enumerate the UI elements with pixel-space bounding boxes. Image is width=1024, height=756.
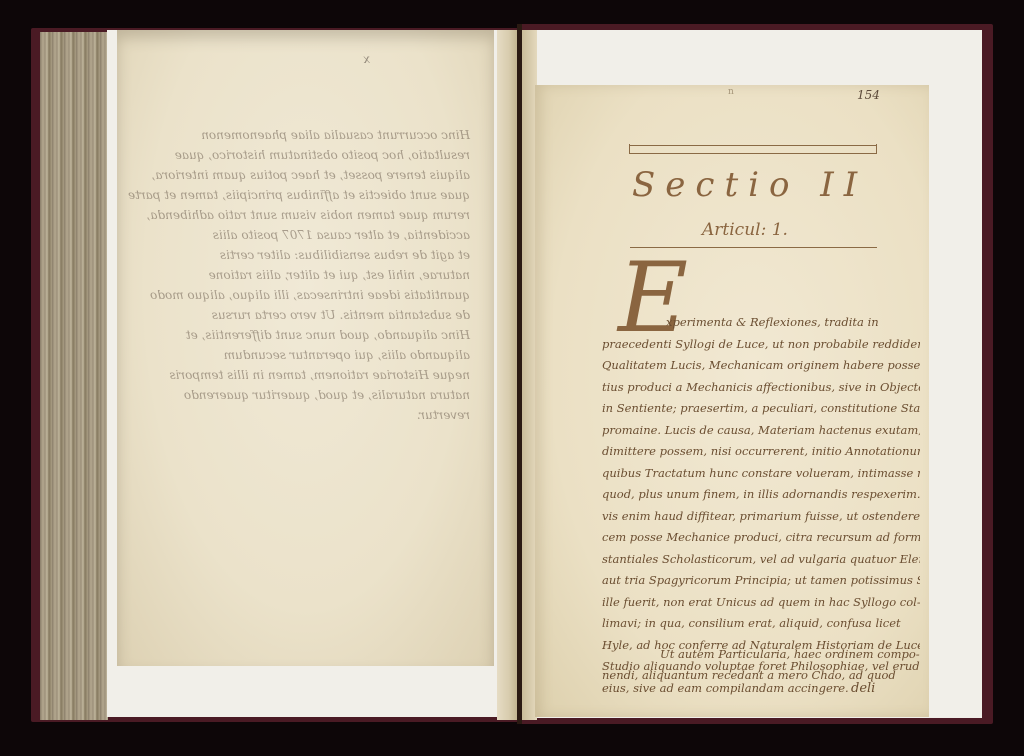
paragraph-2: Ut autem Particularia, haec ordinem comp… <box>602 644 920 686</box>
bleed-through-text: Hinc occurrunt casualia aliae phaenomeno… <box>150 125 470 425</box>
page-stack-edges <box>40 32 108 720</box>
paragraph-1: xperimenta & Reflexiones, tradita in pra… <box>602 312 920 699</box>
bleed-line: Hinc aliquando, quod nunc sunt different… <box>150 325 470 345</box>
text-line: dimittere possem, nisi occurrerent, init… <box>602 441 920 463</box>
text-line: Qualitatem Lucis, Mechanicam originem ha… <box>602 355 920 377</box>
bleed-line: quantitatis ideae intrinsecas, illi aliq… <box>150 285 470 305</box>
text-line: Ut autem Particularia, haec ordinem comp… <box>602 644 920 665</box>
verso-top-mark: x <box>320 52 370 72</box>
bleed-line: aliquis tenere posset, et haec potius qu… <box>150 165 470 185</box>
article-heading: Articul: 1. <box>702 220 788 240</box>
section-heading: Sectio II <box>632 165 867 205</box>
ornamental-rule-top <box>630 145 877 154</box>
bleed-line: neque Historiae rationem, tamen in illis… <box>150 365 470 385</box>
text-line: quibus Tractatum hunc constare volueram,… <box>602 463 920 485</box>
folio-number: 154 <box>857 88 880 102</box>
text-line: xperimenta & Reflexiones, tradita in <box>602 312 920 334</box>
catchword: deli <box>851 681 875 696</box>
bleed-line: resultatio, hoc posito obstinatum histor… <box>150 145 470 165</box>
bleed-line: quae sunt obiectis et affinibus principi… <box>150 185 470 205</box>
text-line: ille fuerit, non erat Unicus ad quem in … <box>602 592 920 614</box>
text-line: stantiales Scholasticorum, vel ad vulgar… <box>602 549 920 571</box>
text-line: in Sentiente; praesertim, a peculiari, c… <box>602 398 920 420</box>
text-line: quod, plus unum finem, in illis adornand… <box>602 484 920 506</box>
bleed-line: Hinc occurrunt casualia aliae phaenomeno… <box>150 125 470 145</box>
text-line: praecedenti Syllogi de Luce, ut non prob… <box>602 334 920 356</box>
bleed-line: revertur. <box>150 405 470 425</box>
text-line: promaine. Lucis de causa, Materiam hacte… <box>602 420 920 442</box>
bleed-line: rerum quae tamen nobis visum sunt ratio … <box>150 205 470 225</box>
recto-top-mark: n <box>728 87 734 97</box>
bleed-line: aliquando aliis, qui operantur secundum <box>150 345 470 365</box>
text-line: limavi; in qua, consilium erat, aliquid,… <box>602 613 920 635</box>
text-line: aut tria Spagyricorum Principia; ut tame… <box>602 570 920 592</box>
bleed-line: accidentia, et alter causa 1707 posito a… <box>150 225 470 245</box>
bleed-line: naturae, nihil est, qui et aliter, aliis… <box>150 265 470 285</box>
bleed-line: de substantia mentis. Ut vero certa rurs… <box>150 305 470 325</box>
bleed-line: et agit de rebus sensibilibus: aliter ce… <box>150 245 470 265</box>
gutter-left <box>497 30 517 720</box>
text-line: vis enim haud diffitear, primarium fuiss… <box>602 506 920 528</box>
text-line: cem posse Mechanice produci, citra recur… <box>602 527 920 549</box>
bleed-line: natura naturalis, et quod, quaeritur qua… <box>150 385 470 405</box>
text-line: tius produci a Mechanicis affectionibus,… <box>602 377 920 399</box>
